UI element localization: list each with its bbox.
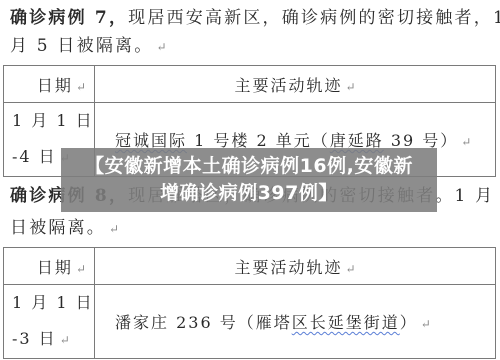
header-date: 日期↵ xyxy=(4,66,95,103)
header-activity: 主要活动轨迹↵ xyxy=(95,248,496,285)
paragraph-mark-icon: ↵ xyxy=(345,262,355,276)
case8-text-2: 日被隔离。 xyxy=(10,218,106,238)
paragraph-mark-icon: ↵ xyxy=(76,262,86,276)
paragraph-mark-icon: ↵ xyxy=(421,317,431,331)
paragraph-mark-icon: ↵ xyxy=(76,80,86,94)
table-row: 1 月 1 日 -3 日↵ 潘家庄 236 号（雁塔区长延堡街道）↵ xyxy=(4,285,496,359)
headline-line1: 【安徽新增本土确诊病例16例,安徽新 xyxy=(61,153,437,180)
date-line2: -3 日 xyxy=(12,329,57,348)
table-case8: 日期↵ 主要活动轨迹↵ 1 月 1 日 -3 日↵ 潘家庄 236 号（雁塔区长… xyxy=(3,247,496,359)
paragraph-mark-icon: ↵ xyxy=(345,80,355,94)
activity-cell: 潘家庄 236 号（雁塔区长延堡街道）↵ xyxy=(95,285,496,359)
headline-overlay: 【安徽新增本土确诊病例16例,安徽新 增确诊病例397例】 xyxy=(61,148,437,212)
case7-text: 现居西安高新区，确诊病例的密切接触者，1 xyxy=(128,8,500,28)
date-cell: 1 月 1 日 -3 日↵ xyxy=(4,285,95,359)
case8-line2: 日被隔离。↵ xyxy=(10,218,119,239)
table-header-row: 日期↵ 主要活动轨迹↵ xyxy=(4,66,496,103)
header-activity: 主要活动轨迹↵ xyxy=(95,66,496,103)
case7-line1: 确诊病例 7，现居西安高新区，确诊病例的密切接触者，1 xyxy=(10,8,500,28)
table-header-row: 日期↵ 主要活动轨迹↵ xyxy=(4,248,496,285)
paragraph-mark-icon: ↵ xyxy=(156,40,166,54)
activity-close: ） xyxy=(400,313,418,332)
paragraph-mark-icon: ↵ xyxy=(109,222,119,236)
activity-street: 区长延堡街道 xyxy=(292,313,400,332)
case7-text-2: 月 5 日被隔离。 xyxy=(10,36,153,56)
date-line1: 1 月 1 日 xyxy=(4,103,94,139)
date-line2: -4 日 xyxy=(12,147,57,166)
activity-place: 潘家庄 236 号（雁塔 xyxy=(115,313,292,332)
case7-label: 确诊病例 7， xyxy=(10,8,128,28)
paragraph-mark-icon: ↵ xyxy=(60,333,70,347)
paragraph-mark-icon: ↵ xyxy=(461,135,471,149)
case7-line2: 月 5 日被隔离。↵ xyxy=(10,36,167,57)
header-date: 日期↵ xyxy=(4,248,95,285)
date-line1: 1 月 1 日 xyxy=(4,285,94,321)
headline-line2: 增确诊病例397例】 xyxy=(61,180,437,207)
